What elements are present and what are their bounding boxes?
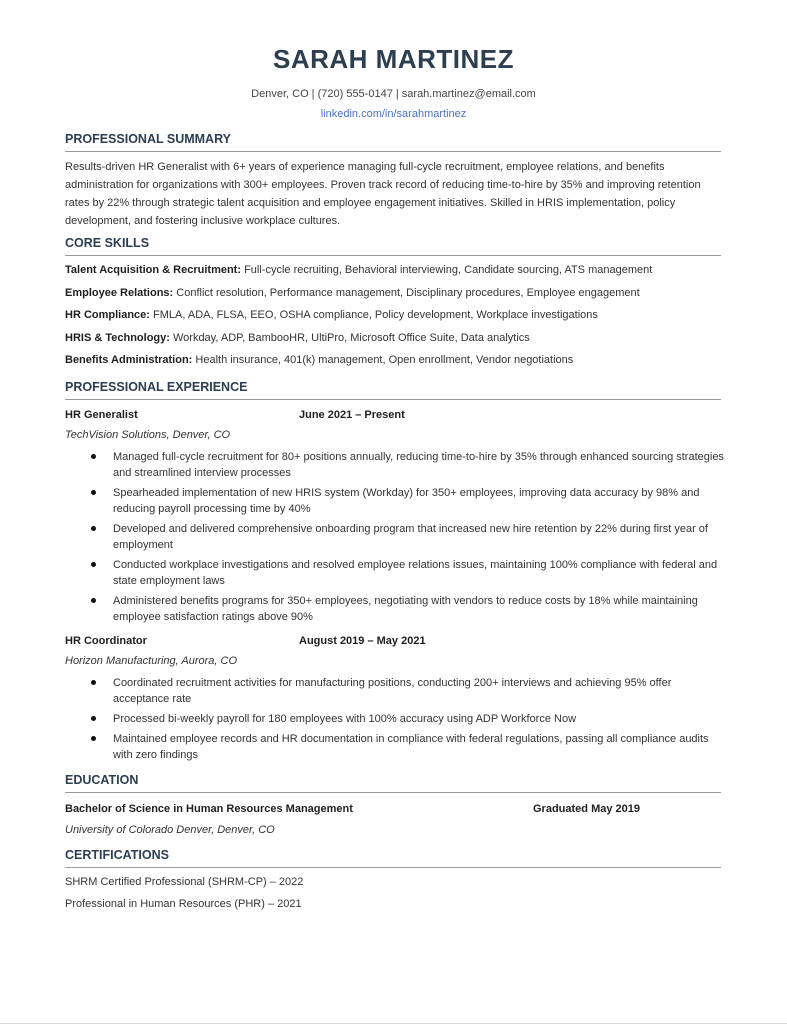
- experience-heading: PROFESSIONAL EXPERIENCE: [65, 380, 721, 400]
- skill-row: Benefits Administration: Health insuranc…: [65, 354, 725, 366]
- degree: Bachelor of Science in Human Resources M…: [65, 803, 353, 815]
- job-bullet: Processed bi-weekly payroll for 180 empl…: [113, 711, 725, 727]
- job-bullet: Maintained employee records and HR docum…: [113, 731, 725, 763]
- skill-value: FMLA, ADA, FLSA, EEO, OSHA compliance, P…: [150, 309, 598, 321]
- graduation-date: Graduated May 2019: [533, 803, 640, 815]
- job-bullet: Developed and delivered comprehensive on…: [113, 521, 725, 553]
- education-heading: EDUCATION: [65, 773, 721, 793]
- job-company: Horizon Manufacturing, Aurora, CO: [65, 655, 237, 667]
- skill-row: HR Compliance: FMLA, ADA, FLSA, EEO, OSH…: [65, 309, 725, 321]
- certifications-heading: CERTIFICATIONS: [65, 848, 721, 868]
- skill-label: HRIS & Technology:: [65, 332, 170, 344]
- skill-label: Talent Acquisition & Recruitment:: [65, 264, 241, 276]
- summary-text: Results-driven HR Generalist with 6+ yea…: [65, 158, 725, 230]
- skill-label: Employee Relations:: [65, 287, 173, 299]
- job-title: HR Coordinator: [65, 635, 147, 647]
- certification-item: SHRM Certified Professional (SHRM-CP) – …: [65, 876, 303, 888]
- summary-heading: PROFESSIONAL SUMMARY: [65, 132, 721, 152]
- skill-row: HRIS & Technology: Workday, ADP, BambooH…: [65, 332, 725, 344]
- skill-row: Employee Relations: Conflict resolution,…: [65, 287, 725, 299]
- resume-page: SARAH MARTINEZ Denver, CO | (720) 555-01…: [0, 0, 787, 1024]
- skill-value: Conflict resolution, Performance managem…: [173, 287, 640, 299]
- job-dates: August 2019 – May 2021: [299, 635, 426, 647]
- job-bullet: Managed full-cycle recruitment for 80+ p…: [113, 449, 725, 481]
- skills-heading: CORE SKILLS: [65, 236, 721, 256]
- linkedin-link[interactable]: linkedin.com/in/sarahmartinez: [0, 108, 787, 120]
- job-company: TechVision Solutions, Denver, CO: [65, 429, 230, 441]
- job-bullet: Coordinated recruitment activities for m…: [113, 675, 725, 707]
- school: University of Colorado Denver, Denver, C…: [65, 824, 275, 836]
- skill-value: Workday, ADP, BambooHR, UltiPro, Microso…: [170, 332, 530, 344]
- skill-label: HR Compliance:: [65, 309, 150, 321]
- job-bullet: Spearheaded implementation of new HRIS s…: [113, 485, 725, 517]
- skill-label: Benefits Administration:: [65, 354, 192, 366]
- job-bullet: Administered benefits programs for 350+ …: [113, 593, 725, 625]
- candidate-name: SARAH MARTINEZ: [0, 44, 787, 75]
- skill-row: Talent Acquisition & Recruitment: Full-c…: [65, 264, 725, 276]
- contact-line: Denver, CO | (720) 555-0147 | sarah.mart…: [0, 88, 787, 100]
- certification-item: Professional in Human Resources (PHR) – …: [65, 898, 302, 910]
- skill-value: Health insurance, 401(k) management, Ope…: [192, 354, 573, 366]
- job-dates: June 2021 – Present: [299, 409, 405, 421]
- skill-value: Full-cycle recruiting, Behavioral interv…: [241, 264, 652, 276]
- job-bullet: Conducted workplace investigations and r…: [113, 557, 725, 589]
- job-title: HR Generalist: [65, 409, 138, 421]
